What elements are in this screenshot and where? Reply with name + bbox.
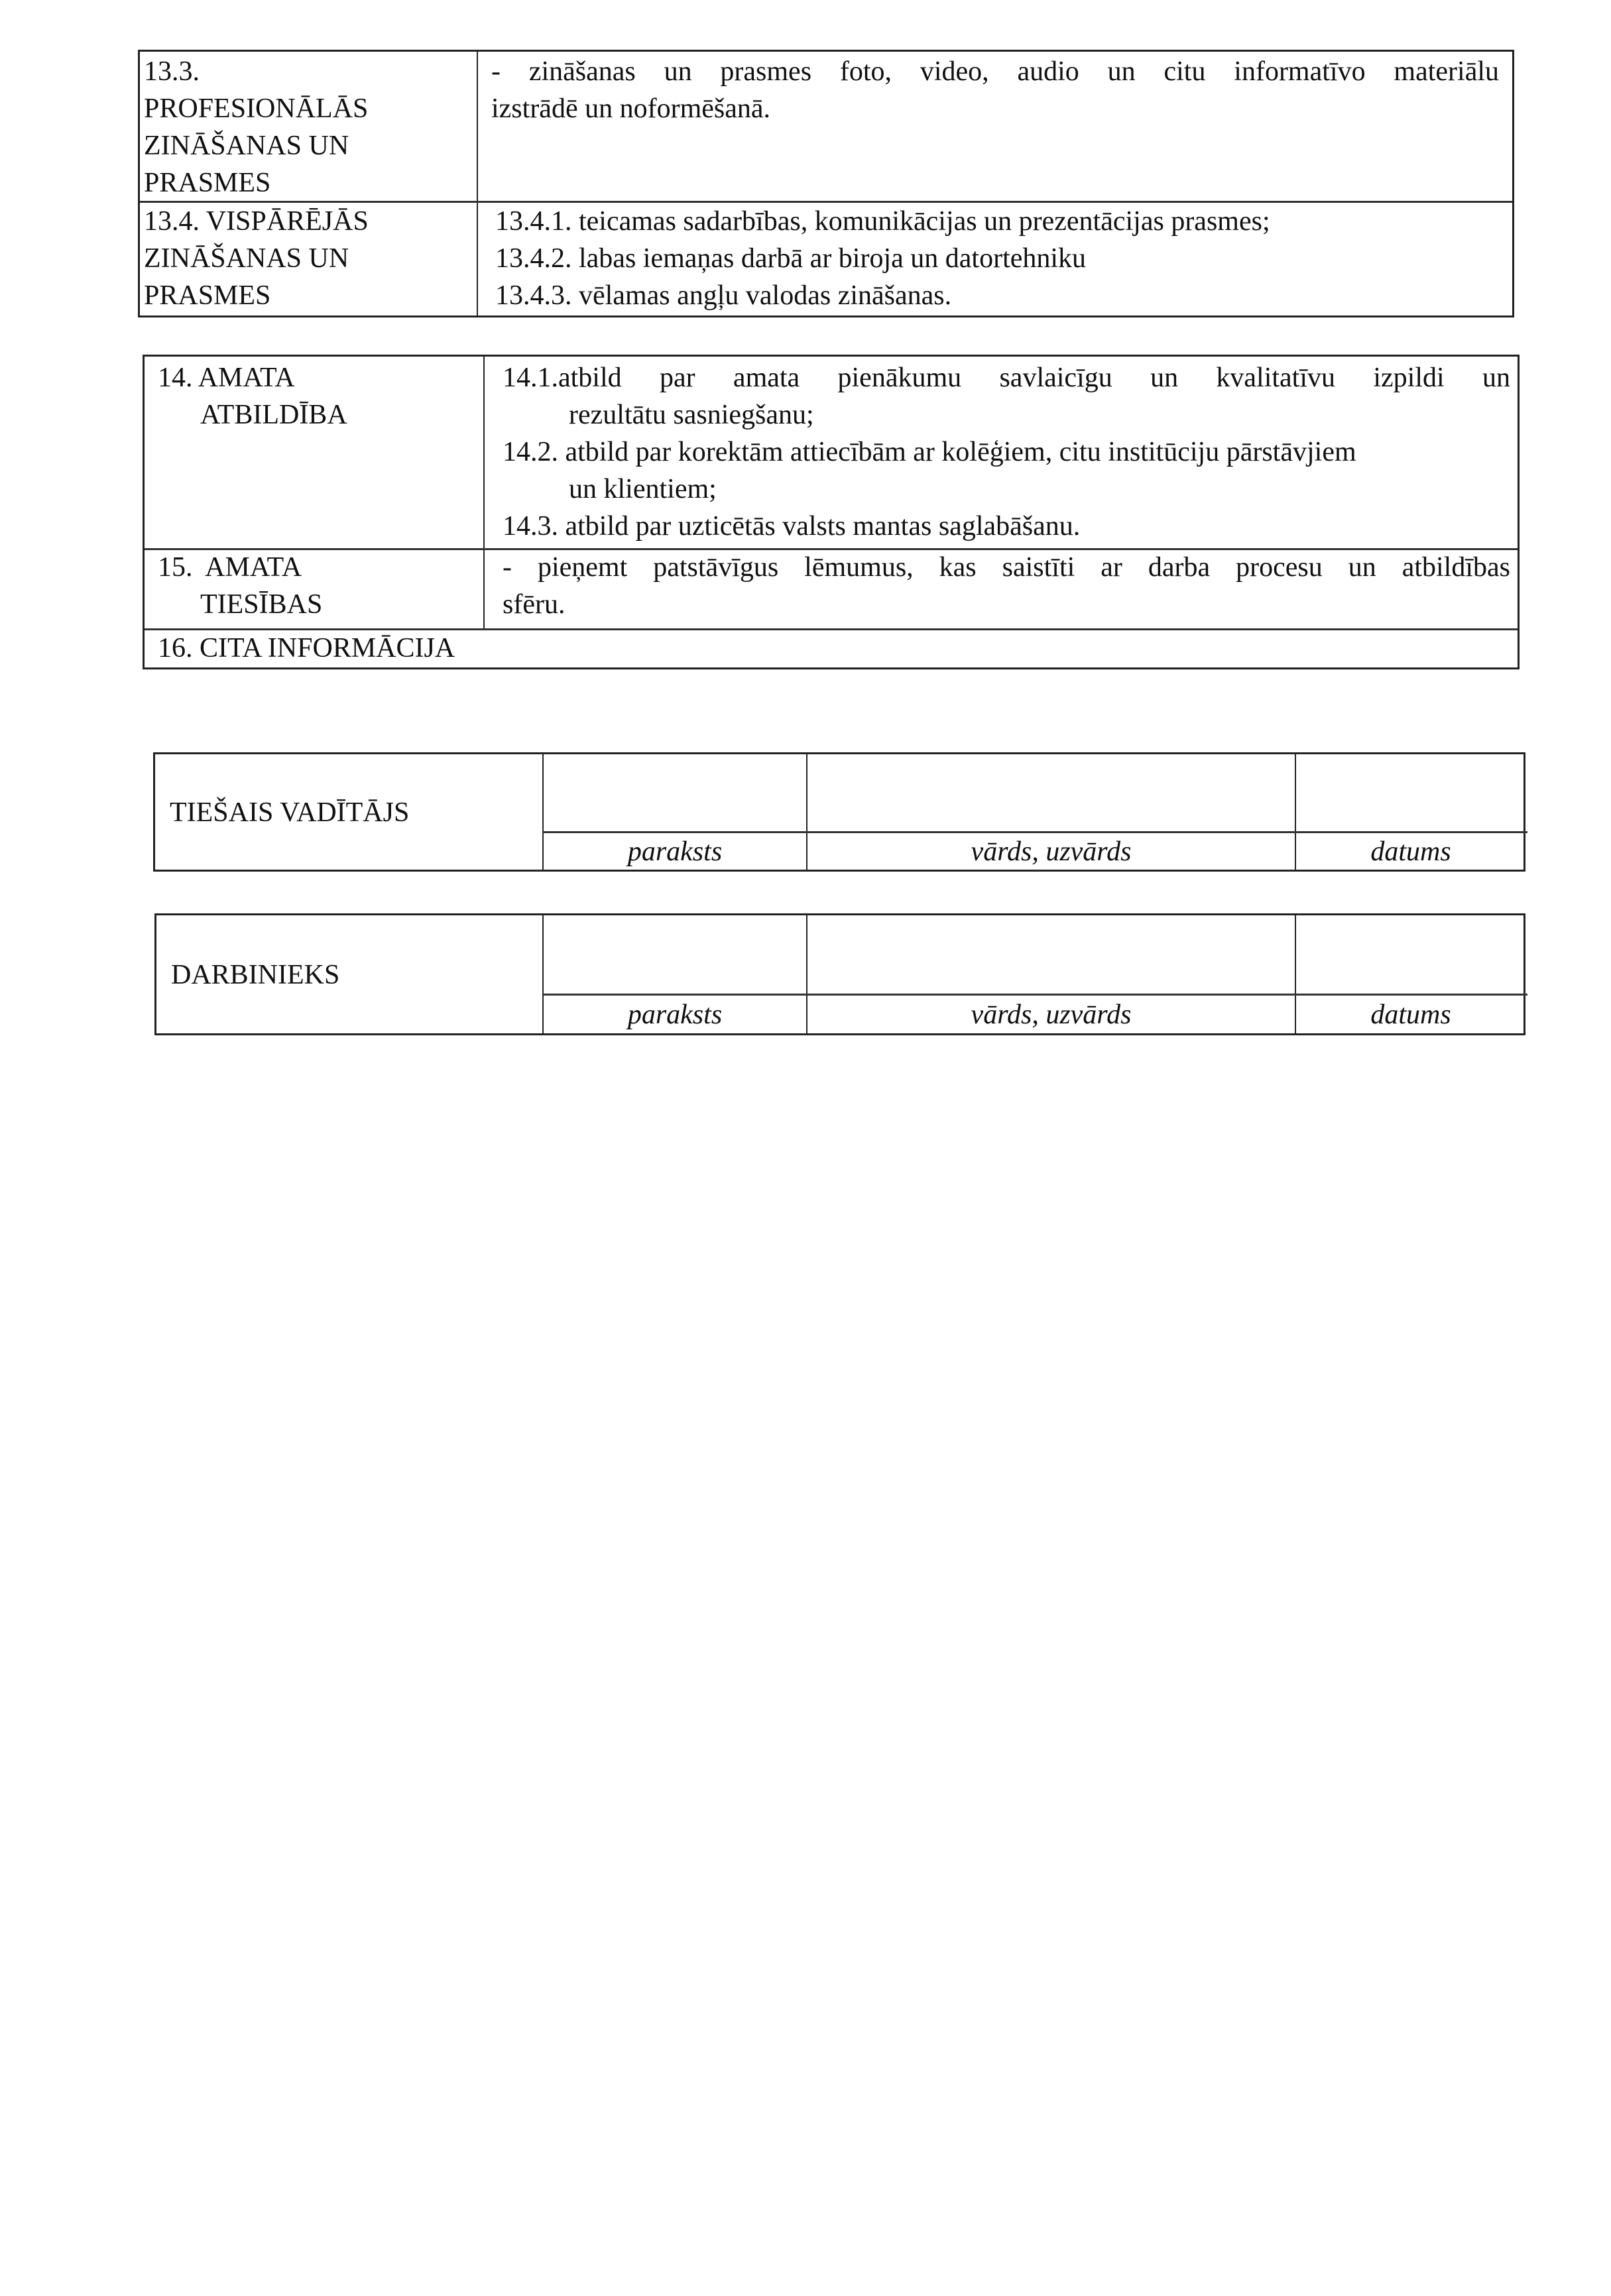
- responsibility-item: 14.1.atbild par amata pienākumu savlaicī…: [503, 359, 1510, 396]
- caption-name: vārds, uzvārds: [807, 996, 1295, 1033]
- label-line: 14. AMATA: [158, 359, 476, 396]
- date-field[interactable]: [1296, 915, 1525, 994]
- row-15-label: 15. AMATA TIESĪBAS: [158, 549, 476, 623]
- content-line: 13.4.1. teicamas sadarbības, komunikācij…: [495, 203, 1503, 240]
- name-field[interactable]: [807, 754, 1295, 831]
- label-line: PRASMES: [144, 164, 475, 201]
- label-line: TIESĪBAS: [158, 586, 476, 623]
- signature-table-employee: DARBINIEKS paraksts vārds, uzvārds datum…: [154, 913, 1525, 1035]
- signature-table-manager: TIEŠAIS VADĪTĀJS paraksts vārds, uzvārds…: [153, 752, 1525, 872]
- responsibility-item: 14.3. atbild par uzticētās valsts mantas…: [503, 508, 1510, 545]
- caption-date: datums: [1296, 996, 1525, 1033]
- content-line: 13.4.2. labas iemaņas darbā ar biroja un…: [495, 240, 1503, 277]
- signature-role-label: DARBINIEKS: [171, 956, 542, 994]
- label-line: ATBILDĪBA: [158, 396, 476, 433]
- signature-field[interactable]: [544, 915, 806, 994]
- caption-date: datums: [1296, 833, 1525, 870]
- content-line: 13.4.3. vēlamas angļu valodas zināšanas.: [495, 277, 1503, 314]
- responsibility-item-cont: rezultātu sasniegšanu;: [503, 396, 1510, 433]
- label-line: PROFESIONĀLĀS: [144, 90, 475, 127]
- section-13-table: 13.3. PROFESIONĀLĀS ZINĀŠANAS UN PRASMES…: [138, 50, 1514, 317]
- row-13-3-label: 13.3. PROFESIONĀLĀS ZINĀŠANAS UN PRASMES: [144, 53, 475, 201]
- caption-signature: paraksts: [544, 833, 806, 870]
- column-divider: [483, 357, 485, 628]
- content-line: - zināšanas un prasmes foto, video, audi…: [491, 53, 1499, 90]
- row-divider: [542, 994, 1527, 996]
- content-line: - pieņemt patstāvīgus lēmumus, kas saist…: [503, 549, 1510, 586]
- row-15-content: - pieņemt patstāvīgus lēmumus, kas saist…: [503, 549, 1510, 623]
- date-field[interactable]: [1296, 754, 1525, 831]
- label-line: 16. CITA INFORMĀCIJA: [158, 630, 953, 667]
- row-13-3-content: - zināšanas un prasmes foto, video, audi…: [491, 53, 1499, 127]
- label-line: 15. AMATA: [158, 549, 476, 586]
- caption-signature: paraksts: [544, 996, 806, 1033]
- name-field[interactable]: [807, 915, 1295, 994]
- content-line: izstrādē un noformēšanā.: [491, 90, 1499, 127]
- row-16-label: 16. CITA INFORMĀCIJA: [158, 630, 953, 667]
- row-13-4-label: 13.4. VISPĀRĒJĀS ZINĀŠANAS UN PRASMES: [144, 203, 475, 314]
- responsibility-item: 14.2. atbild par korektām attiecībām ar …: [503, 433, 1510, 471]
- label-line: 13.3.: [144, 53, 475, 90]
- row-14-label: 14. AMATA ATBILDĪBA: [158, 359, 476, 433]
- label-line: ZINĀŠANAS UN: [144, 127, 475, 164]
- label-line: 13.4. VISPĀRĒJĀS: [144, 203, 475, 240]
- section-14-16-table: 14. AMATA ATBILDĪBA 14.1.atbild par amat…: [143, 355, 1520, 669]
- responsibility-item-cont: un klientiem;: [503, 471, 1510, 508]
- label-line: ZINĀŠANAS UN: [144, 240, 475, 277]
- signature-field[interactable]: [544, 754, 806, 831]
- row-13-4-content: 13.4.1. teicamas sadarbības, komunikācij…: [495, 203, 1503, 314]
- signature-role-label: TIEŠAIS VADĪTĀJS: [170, 794, 541, 831]
- label-line: PRASMES: [144, 277, 475, 314]
- content-line: sfēru.: [503, 586, 1510, 623]
- caption-name: vārds, uzvārds: [807, 833, 1295, 870]
- row-14-content: 14.1.atbild par amata pienākumu savlaicī…: [503, 359, 1510, 545]
- column-divider: [477, 52, 478, 316]
